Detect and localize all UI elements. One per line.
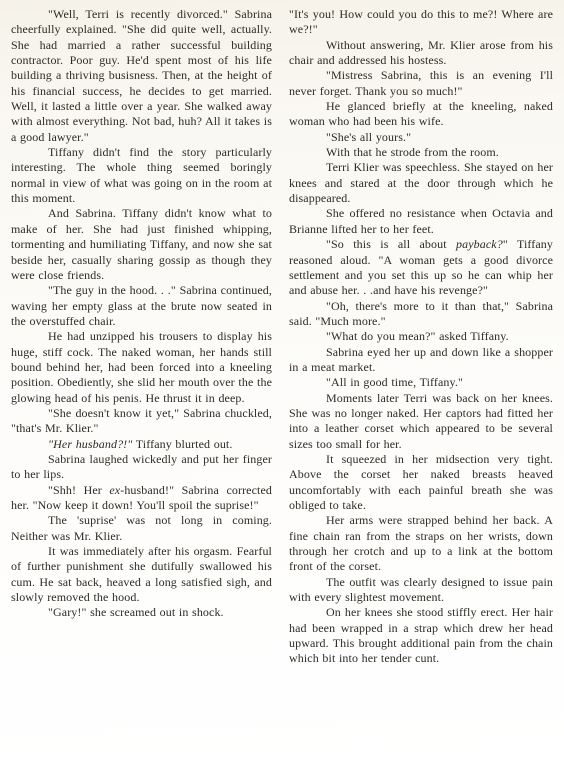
text-run: Tiffany blurted out. (132, 437, 232, 451)
text-run: Her arms were strapped behind her back. … (289, 513, 553, 573)
text-run: "So this is all about (326, 237, 456, 251)
paragraph: Sabrina laughed wickedly and put her fin… (11, 452, 272, 483)
paragraph: "Oh, there's more to it than that," Sabr… (289, 299, 553, 330)
italic-text-run: ex (109, 483, 120, 497)
text-run: "She doesn't know it yet," Sabrina chuck… (11, 406, 272, 435)
paragraph: "All in good time, Tiffany." (289, 375, 553, 390)
text-run: He glanced briefly at the kneeling, nake… (289, 99, 553, 128)
paragraph: Without answering, Mr. Klier arose from … (289, 38, 553, 69)
text-run: "Well, Terri is recently divorced." Sabr… (11, 7, 272, 144)
text-run: "Oh, there's more to it than that," Sabr… (289, 299, 553, 328)
paragraph: Her arms were strapped behind her back. … (289, 513, 553, 574)
text-run: "Shh! Her (48, 483, 109, 497)
paragraph: Terri Klier was speechless. She stayed o… (289, 160, 553, 206)
text-run: "The guy in the hood. . ." Sabrina conti… (11, 283, 272, 328)
paragraph: "The guy in the hood. . ." Sabrina conti… (11, 283, 272, 329)
text-run: With that he strode from the room. (326, 145, 499, 159)
text-column-left: "Well, Terri is recently divorced." Sabr… (11, 7, 272, 767)
paragraph: And Sabrina. Tiffany didn't know what to… (11, 206, 272, 283)
paragraph: With that he strode from the room. (289, 145, 553, 160)
text-run: He had unzipped his trousers to display … (11, 329, 272, 404)
paragraph: He had unzipped his trousers to display … (11, 329, 272, 406)
paragraph: The outfit was clearly designed to issue… (289, 575, 553, 606)
paragraph: Tiffany didn't find the story particular… (11, 145, 272, 206)
text-run: Moments later Terri was back on her knee… (289, 391, 553, 451)
text-run: On her knees she stood stiffly erect. He… (289, 605, 553, 665)
text-run: "It's you! How could you do this to me?!… (289, 7, 553, 36)
paragraph: Moments later Terri was back on her knee… (289, 391, 553, 452)
text-run: "Gary!" she screamed out in shock. (48, 605, 224, 619)
paragraph: She offered no resistance when Octavia a… (289, 206, 553, 237)
paragraph: "What do you mean?" asked Tiffany. (289, 329, 553, 344)
italic-text-run: "Her husband?!" (48, 437, 132, 451)
text-run: Tiffany didn't find the story particular… (11, 145, 272, 205)
paragraph: It was immediately after his orgasm. Fea… (11, 544, 272, 605)
text-run: Terri Klier was speechless. She stayed o… (289, 160, 553, 205)
text-run: Sabrina eyed her up and down like a shop… (289, 345, 553, 374)
paragraph: "It's you! How could you do this to me?!… (289, 7, 553, 38)
text-run: "What do you mean?" asked Tiffany. (326, 329, 509, 343)
paragraph: "Gary!" she screamed out in shock. (11, 605, 272, 620)
paragraph: He glanced briefly at the kneeling, nake… (289, 99, 553, 130)
text-run: She offered no resistance when Octavia a… (289, 206, 553, 235)
text-run: "Mistress Sabrina, this is an evening I'… (289, 68, 553, 97)
italic-text-run: payback? (456, 237, 503, 251)
paragraph: Sabrina eyed her up and down like a shop… (289, 345, 553, 376)
paragraph: "She's all yours." (289, 130, 553, 145)
paragraph: "Shh! Her ex-husband!" Sabrina corrected… (11, 483, 272, 514)
paragraph: "Mistress Sabrina, this is an evening I'… (289, 68, 553, 99)
text-run: "All in good time, Tiffany." (326, 375, 463, 389)
text-run: The 'suprise' was not long in coming. Ne… (11, 513, 272, 542)
page: "Well, Terri is recently divorced." Sabr… (0, 0, 564, 767)
paragraph: "So this is all about payback?" Tiffany … (289, 237, 553, 298)
text-run: And Sabrina. Tiffany didn't know what to… (11, 206, 272, 281)
paragraph: On her knees she stood stiffly erect. He… (289, 605, 553, 666)
text-run: It squeezed in her midsection very tight… (289, 452, 553, 512)
text-run: Without answering, Mr. Klier arose from … (289, 38, 553, 67)
paragraph: The 'suprise' was not long in coming. Ne… (11, 513, 272, 544)
text-run: Sabrina laughed wickedly and put her fin… (11, 452, 272, 481)
text-run: It was immediately after his orgasm. Fea… (11, 544, 272, 604)
paragraph: "Her husband?!" Tiffany blurted out. (11, 437, 272, 452)
paragraph: "Well, Terri is recently divorced." Sabr… (11, 7, 272, 145)
paragraph: "She doesn't know it yet," Sabrina chuck… (11, 406, 272, 437)
text-column-right: "It's you! How could you do this to me?!… (289, 7, 553, 767)
text-run: "She's all yours." (326, 130, 411, 144)
paragraph: It squeezed in her midsection very tight… (289, 452, 553, 513)
text-run: The outfit was clearly designed to issue… (289, 575, 553, 604)
